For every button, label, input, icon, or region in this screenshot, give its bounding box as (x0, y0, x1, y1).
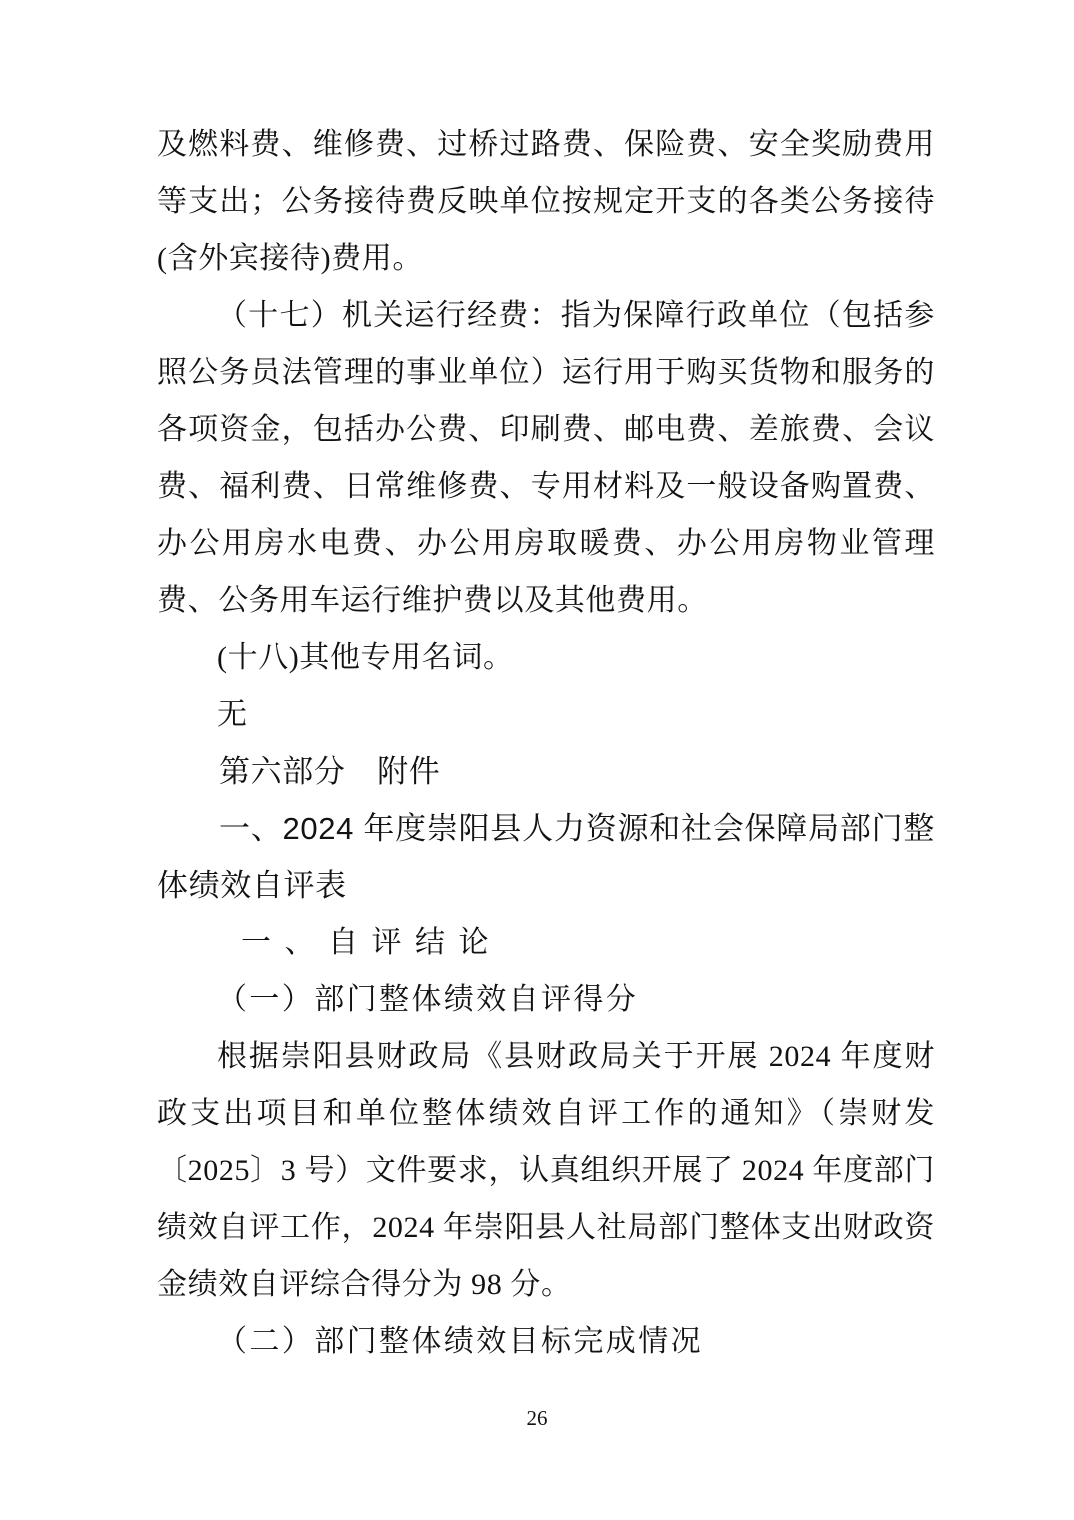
heading-part-six-attachments: 第六部分 附件 (157, 743, 935, 800)
heading-performance-goal-completion: （二）部门整体绩效目标完成情况 (157, 1313, 935, 1370)
paragraph-17-agency-operating-expenses: （十七）机关运行经费：指为保障行政单位（包括参照公务员法管理的事业单位）运行用于… (157, 287, 935, 629)
paragraph-none: 无 (157, 686, 935, 743)
paragraph-vehicle-and-reception-fees: 及燃料费、维修费、过桥过路费、保险费、安全奖励费用等支出；公务接待费反映单位按规… (157, 116, 935, 287)
heading-overall-performance-score: （一）部门整体绩效自评得分 (157, 971, 935, 1028)
heading-self-evaluation-conclusion: 一、自评结论 (157, 914, 935, 971)
document-page: 及燃料费、维修费、过桥过路费、保险费、安全奖励费用等支出；公务接待费反映单位按规… (0, 0, 1074, 1520)
paragraph-18-other-terms: (十八)其他专用名词。 (157, 629, 935, 686)
document-content: 及燃料费、维修费、过桥过路费、保险费、安全奖励费用等支出；公务接待费反映单位按规… (157, 116, 935, 1370)
page-number: 26 (0, 1404, 1074, 1432)
heading-attachment-one-title: 一、2024 年度崇阳县人力资源和社会保障局部门整体绩效自评表 (157, 800, 935, 914)
paragraph-evaluation-basis-and-score: 根据崇阳县财政局《县财政局关于开展 2024 年度财政支出项目和单位整体绩效自评… (157, 1028, 935, 1313)
